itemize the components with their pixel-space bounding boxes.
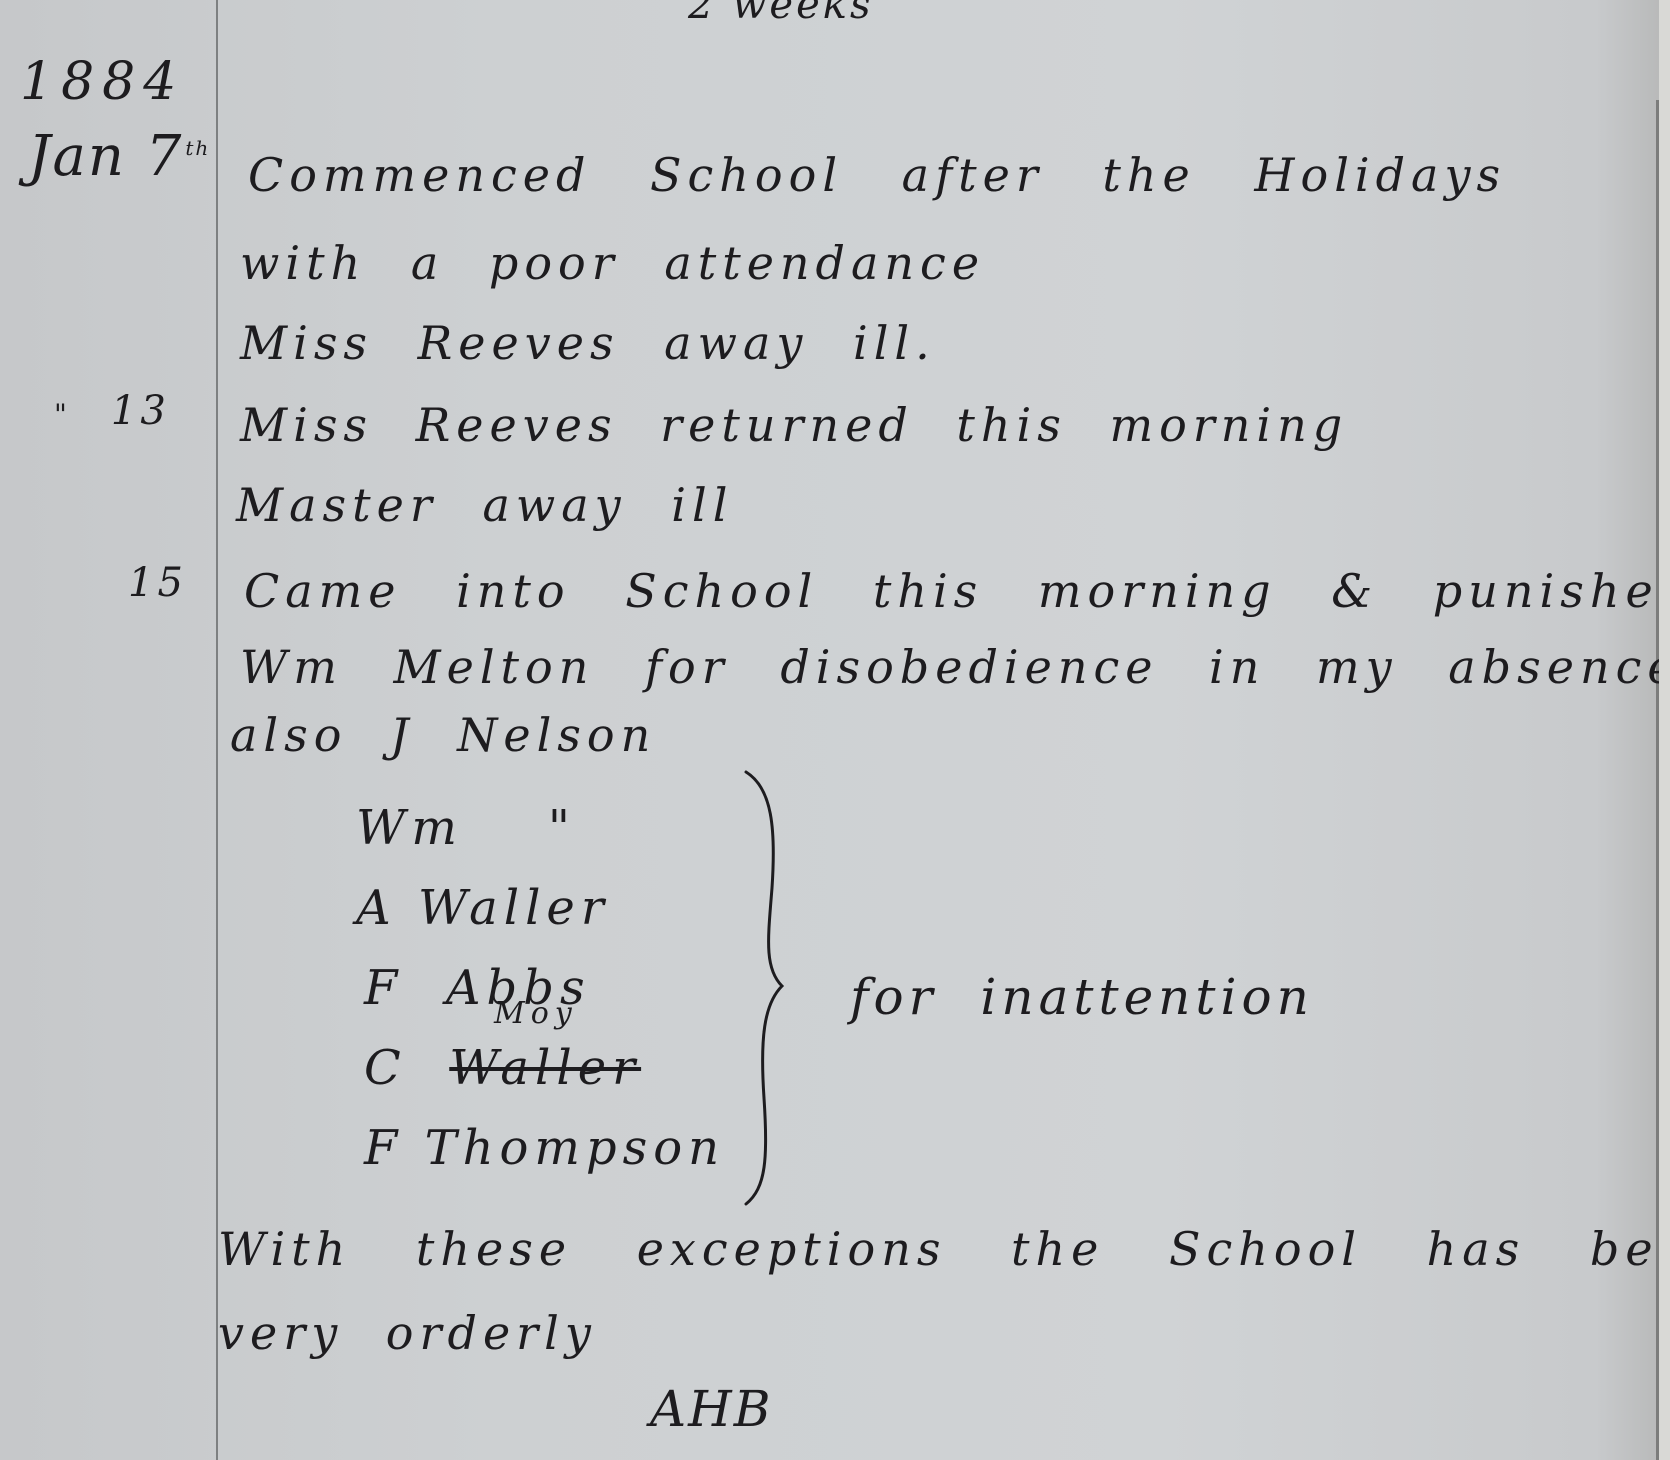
signature: AHB <box>650 1380 772 1438</box>
pupil-initial: F <box>364 1120 403 1176</box>
curly-brace-icon <box>742 768 792 1208</box>
entry-line: with a poor attendance <box>240 236 985 290</box>
margin-date-15: 15 <box>128 560 187 606</box>
entry-line: also J Nelson <box>230 708 656 762</box>
pupil-surname: " <box>548 800 576 856</box>
margin-date-jan-7: Jan 7th <box>28 124 210 189</box>
pupil-initial: C <box>364 1040 407 1096</box>
margin-date-13: "13 <box>54 388 170 434</box>
adjacent-page-strip <box>1659 0 1670 1460</box>
pupil-name: A Waller <box>356 880 610 936</box>
date-day: 13 <box>111 388 170 434</box>
entry-line: Miss Reeves away ill. <box>240 316 936 370</box>
margin-year: 1884 <box>20 52 184 112</box>
ditto-mark: " <box>54 398 71 431</box>
pupil-initial: Wm <box>356 800 463 856</box>
entry-line: Master away ill <box>236 478 733 532</box>
header-note: 2 weeks <box>688 0 874 28</box>
pupil-name: Wm " <box>356 800 576 856</box>
pupil-initial: F <box>364 960 403 1016</box>
date-suffix: th <box>185 136 210 160</box>
date-day: 7 <box>146 124 184 189</box>
entry-line: Miss Reeves returned this morning <box>240 398 1348 452</box>
logbook-page: 2 weeks 1884 Jan 7th "13 15 Commenced Sc… <box>0 0 1662 1460</box>
pupil-name: F Thompson <box>364 1120 725 1176</box>
entry-line: very orderly <box>218 1306 597 1360</box>
pupil-name: C Waller Moy <box>364 1040 641 1096</box>
pupil-surname: Waller <box>418 880 610 936</box>
grouped-reason: for inattention <box>850 968 1314 1026</box>
pupil-surname: Thompson <box>425 1120 726 1176</box>
entry-line: Commenced School after the Holidays <box>248 148 1506 202</box>
entry-line: Wm Melton for disobedience in my absence <box>240 640 1670 694</box>
entry-line: With these exceptions the School has bee… <box>218 1222 1670 1276</box>
entry-line: Came into School this morning & punished <box>244 564 1670 618</box>
struck-surname: Waller <box>449 1040 641 1096</box>
date-month: Jan <box>28 124 126 189</box>
pupil-initial: A <box>356 880 397 936</box>
inserted-surname: Moy <box>494 996 578 1031</box>
